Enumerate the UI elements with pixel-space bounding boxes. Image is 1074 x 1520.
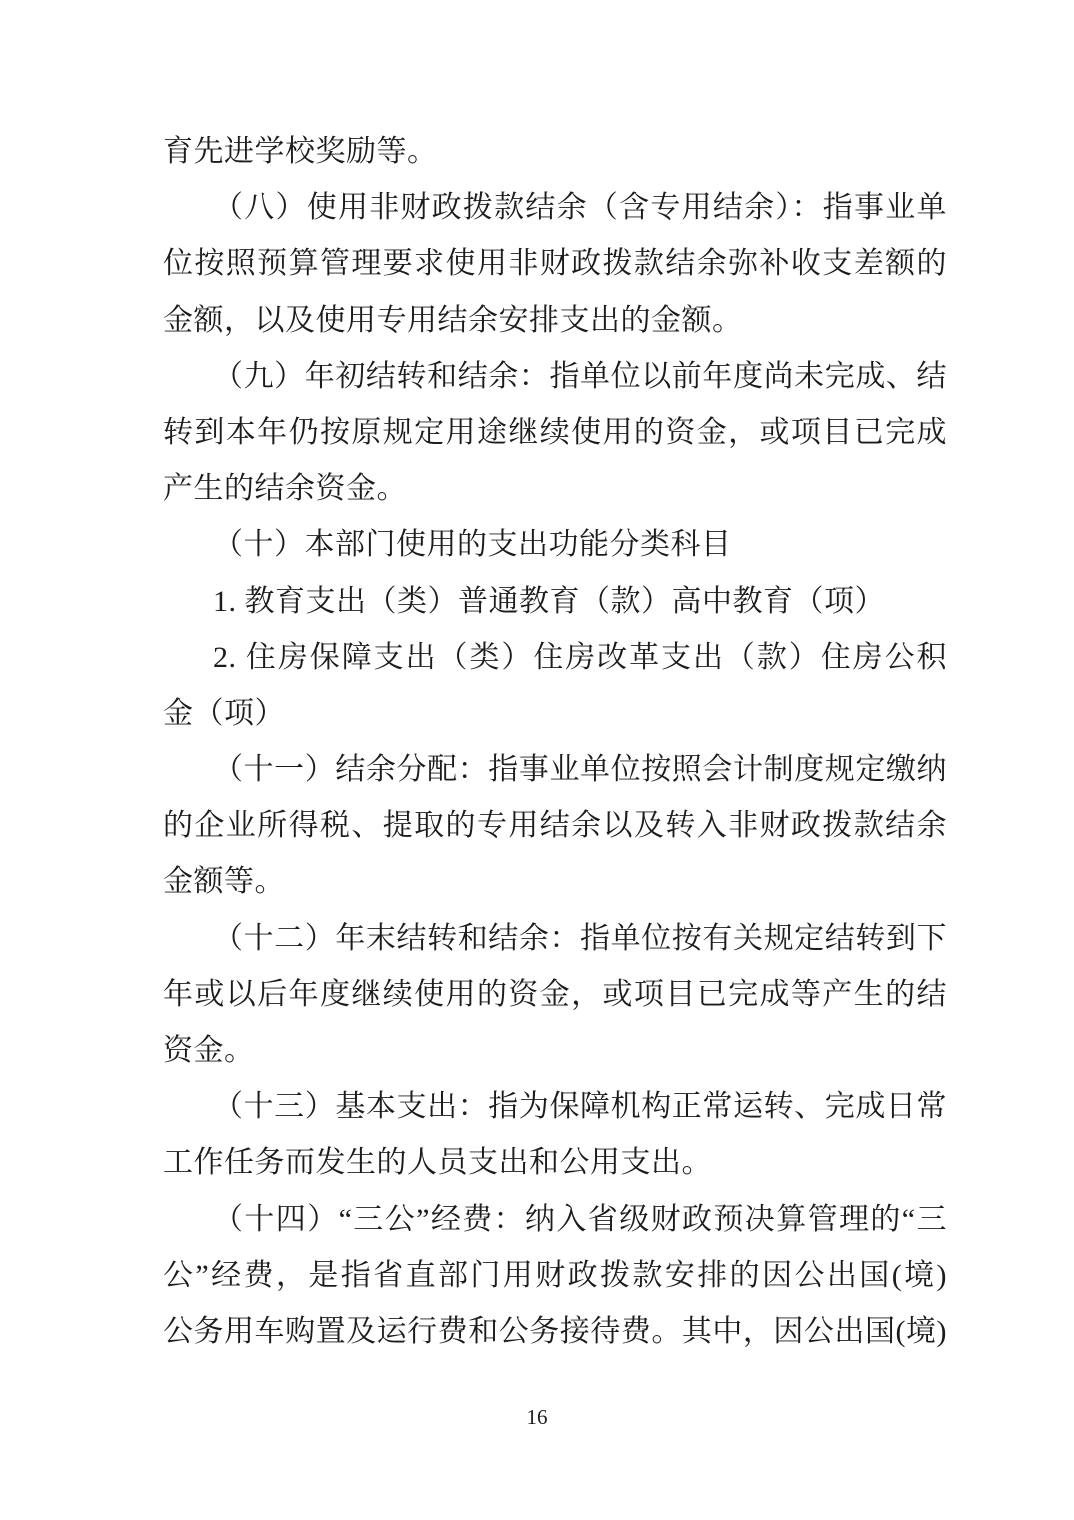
text-line: 金（项） [163,686,947,742]
text-line: 2. 住房保障支出（类）住房改革支出（款）住房公积 [163,630,947,686]
text-line: （十）本部门使用的支出功能分类科目 [163,517,947,573]
text-line: 金额，以及使用专用结余安排支出的金额。 [163,293,947,349]
document-page: 育先进学校奖励等。（八）使用非财政拨款结余（含专用结余）：指事业单位按照预算管理… [0,0,1074,1520]
text-line: 资金。 [163,1023,947,1079]
page-number: 16 [0,1402,1074,1432]
text-line: 金额等。 [163,854,947,910]
text-line: 的企业所得税、提取的专用结余以及转入非财政拨款结余的 [163,798,947,854]
text-line: （十二）年末结转和结余：指单位按有关规定结转到下 [163,911,947,967]
text-line: 产生的结余资金。 [163,461,947,517]
text-line: 年或以后年度继续使用的资金，或项目已完成等产生的结余 [163,967,947,1023]
text-block: 育先进学校奖励等。（八）使用非财政拨款结余（含专用结余）：指事业单位按照预算管理… [163,124,947,1360]
text-line: （十一）结余分配：指事业单位按照会计制度规定缴纳 [163,742,947,798]
text-line: （十四）“三公”经费：纳入省级财政预决算管理的“三 [163,1192,947,1248]
text-line: 位按照预算管理要求使用非财政拨款结余弥补收支差额的 [163,236,947,292]
text-line: （十三）基本支出：指为保障机构正常运转、完成日常 [163,1079,947,1135]
text-line: 公务用车购置及运行费和公务接待费。其中，因公出国(境) [163,1304,947,1360]
text-line: 公”经费，是指省直部门用财政拨款安排的因公出国(境)费、 [163,1248,947,1304]
text-line: （九）年初结转和结余：指单位以前年度尚未完成、结 [163,349,947,405]
text-line: 工作任务而发生的人员支出和公用支出。 [163,1135,947,1191]
text-line: 育先进学校奖励等。 [163,124,947,180]
text-line: （八）使用非财政拨款结余（含专用结余）：指事业单 [163,180,947,236]
text-line: 1. 教育支出（类）普通教育（款）高中教育（项） [163,574,947,630]
text-line: 转到本年仍按原规定用途继续使用的资金，或项目已完成等 [163,405,947,461]
